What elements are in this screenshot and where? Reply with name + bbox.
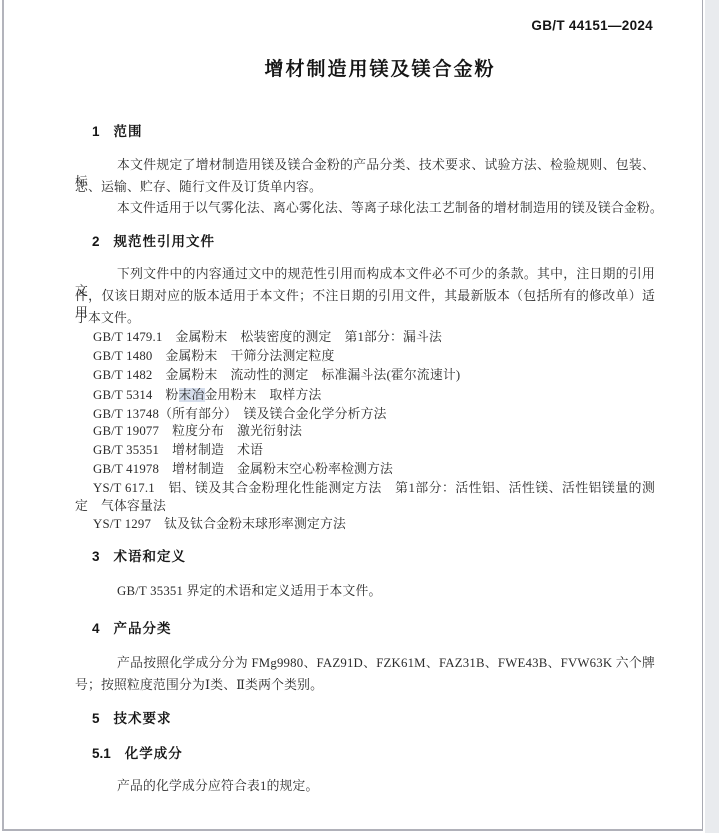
section-4-title: 产品分类 [114, 621, 172, 636]
document-viewer: GB/T 44151—2024 增材制造用镁及镁合金粉 1范围 本文件规定了增材… [0, 0, 719, 833]
section-5-1-title: 化学成分 [125, 746, 183, 761]
chemical-composition-paragraph: 产品的化学成分应符合表1的规定。 [75, 778, 655, 795]
reference-text: 金用粉末 取样方法 [205, 388, 322, 402]
section-3-heading: 3术语和定义 [92, 548, 186, 565]
reference-item: GB/T 13748（所有部分） 镁及镁合金化学分析方法 [93, 406, 655, 423]
reference-item: YS/T 617.1 铝、镁及其合金粉理化性能测定方法 第1部分：活性铝、活性镁… [93, 480, 655, 497]
section-5-1-heading: 5.1化学成分 [92, 745, 183, 762]
section-4-heading: 4产品分类 [92, 620, 172, 637]
section-1-heading: 1范围 [92, 123, 143, 140]
doc-title: 增材制造用镁及镁合金粉 [90, 54, 670, 81]
reference-item: GB/T 35351 增材制造 术语 [93, 442, 655, 459]
selection-highlight: 末冶 [179, 388, 205, 402]
classification-paragraph-line: 号；按照粒度范围分为Ⅰ类、Ⅱ类两个类别。 [75, 677, 655, 694]
section-5-1-number: 5.1 [92, 746, 111, 761]
reference-item: GB/T 41978 增材制造 金属粉末空心粉率检测方法 [93, 461, 655, 478]
normative-intro-line: 于本文件。 [75, 310, 655, 327]
section-3-number: 3 [92, 549, 100, 564]
section-5-number: 5 [92, 711, 100, 726]
section-2-title: 规范性引用文件 [114, 234, 216, 249]
section-1-number: 1 [92, 124, 100, 139]
section-1-title: 范围 [114, 124, 143, 139]
reference-item: YS/T 1297 钛及钛合金粉末球形率测定方法 [93, 516, 655, 533]
doc-number: GB/T 44151—2024 [353, 18, 653, 33]
viewer-margin-strip [705, 0, 719, 833]
reference-text: GB/T 5314 粉 [93, 388, 179, 402]
section-3-title: 术语和定义 [114, 549, 187, 564]
scope-paragraph-line: 本文件适用于以气雾化法、离心雾化法、等离子球化法工艺制备的增材制造用的镁及镁合金… [75, 200, 655, 217]
section-4-number: 4 [92, 621, 100, 636]
section-5-title: 技术要求 [114, 711, 172, 726]
classification-paragraph-line: 产品按照化学成分分为 FMg9980、FAZ91D、FZK61M、FAZ31B、… [75, 655, 655, 672]
reference-item: GB/T 5314 粉末冶金用粉末 取样方法 [93, 387, 655, 404]
section-5-heading: 5技术要求 [92, 710, 172, 727]
reference-item: GB/T 1480 金属粉末 干筛分法测定粒度 [93, 348, 655, 365]
reference-item: GB/T 1479.1 金属粉末 松装密度的测定 第1部分：漏斗法 [93, 329, 655, 346]
section-2-number: 2 [92, 234, 100, 249]
reference-item-continuation: 定 气体容量法 [75, 498, 655, 515]
reference-item: GB/T 19077 粒度分布 激光衍射法 [93, 423, 655, 440]
section-2-heading: 2规范性引用文件 [92, 233, 215, 250]
terms-paragraph: GB/T 35351 界定的术语和定义适用于本文件。 [75, 583, 655, 600]
reference-item: GB/T 1482 金属粉末 流动性的测定 标准漏斗法(霍尔流速计) [93, 367, 655, 384]
scope-paragraph-line: 志、运输、贮存、随行文件及订货单内容。 [75, 179, 655, 196]
